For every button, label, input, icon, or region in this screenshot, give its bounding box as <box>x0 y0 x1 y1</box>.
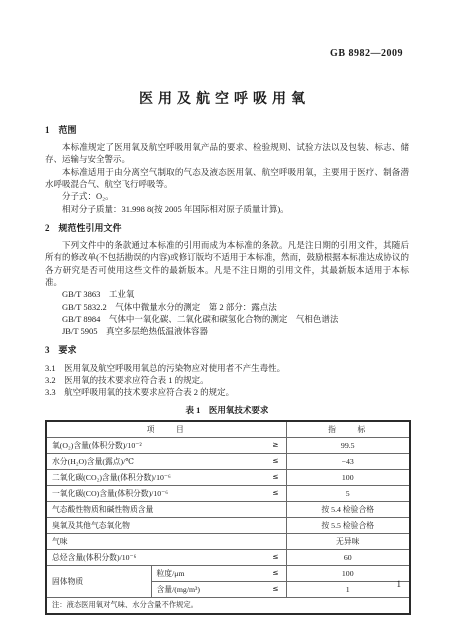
table-row: 总烃含量(体积分数)/10⁻⁶ ≤ 60 <box>46 550 410 566</box>
table-note: 注：液态医用氧对气味、水分含量不作规定。 <box>46 598 410 614</box>
standard-number: GB 8982—2009 <box>330 48 403 59</box>
column-header-item: 项 目 <box>46 421 286 438</box>
spec-value: 1 <box>286 582 410 598</box>
spec-value: 100 <box>286 566 410 582</box>
item-label: 气态酸性物质和碱性物质含量 <box>52 504 153 515</box>
table-note-row: 注：液态医用氧对气味、水分含量不作规定。 <box>46 598 410 614</box>
comparison-symbol: ≤ <box>272 568 280 579</box>
clause-3-1: 3.1 医用氧及航空呼吸用氧总的污染物应对使用者不产生毒性。 <box>45 362 409 374</box>
normative-reference: GB/T 5832.2 气体中微量水分的测定 第 2 部分：露点法 <box>45 301 409 313</box>
group-label: 固体物质 <box>46 566 151 598</box>
comparison-symbol: ≥ <box>272 440 280 451</box>
table-row: 二氧化碳(CO₂)含量(体积分数)/10⁻⁶ ≤ 100 <box>46 470 410 486</box>
section-1-heading: 1 范围 <box>45 124 409 137</box>
table-row: 气态酸性物质和碱性物质含量 按 5.4 检验合格 <box>46 502 410 518</box>
table-row: 一氧化碳(CO)含量(体积分数)/10⁻⁶ ≤ 5 <box>46 486 410 502</box>
item-label: 一氧化碳(CO)含量(体积分数)/10⁻⁶ <box>52 488 168 499</box>
comparison-symbol: ≤ <box>272 456 280 467</box>
sub-item-label: 含量/(mg/m³) <box>157 584 200 595</box>
table-row: 臭氧及其他气态氧化物 按 5.5 检验合格 <box>46 518 410 534</box>
table-row: 气味 无异味 <box>46 534 410 550</box>
spec-value: 无异味 <box>286 534 410 550</box>
section-3-heading: 3 要求 <box>45 344 409 357</box>
spec-value: 按 5.5 检验合格 <box>286 518 410 534</box>
item-label: 臭氧及其他气态氧化物 <box>52 520 130 531</box>
document-page: GB 8982—2009 医用及航空呼吸用氧 1 范围 本标准规定了医用氧及航空… <box>0 0 449 621</box>
table-1-medical-oxygen-requirements: 项 目 指 标 氧(O₂)含量(体积分数)/10⁻² ≥ 99.5 水分(H₂O… <box>45 420 411 615</box>
spec-value: −43 <box>286 454 410 470</box>
section-1-paragraph: 本标准规定了医用氧及航空呼吸用氧产品的要求、检验规则、试验方法以及包装、标志、储… <box>45 141 409 166</box>
clause-3-3: 3.3 航空呼吸用氧的技术要求应符合表 2 的规定。 <box>45 386 409 398</box>
comparison-symbol: ≤ <box>272 472 280 483</box>
comparison-symbol: ≤ <box>272 552 280 563</box>
comparison-symbol: ≤ <box>272 584 280 595</box>
clause-3-2: 3.2 医用氧的技术要求应符合表 1 的规定。 <box>45 374 409 386</box>
spec-value: 5 <box>286 486 410 502</box>
table-row: 水分(H₂O)含量(露点)/℃ ≤ −43 <box>46 454 410 470</box>
normative-reference: GB/T 3863 工业氧 <box>45 288 409 300</box>
sub-item-label: 粒度/μm <box>157 568 185 579</box>
comparison-symbol: ≤ <box>272 488 280 499</box>
item-label: 二氧化碳(CO₂)含量(体积分数)/10⁻⁶ <box>52 472 171 483</box>
section-2-heading: 2 规范性引用文件 <box>45 222 409 235</box>
section-2-paragraph: 下列文件中的条款通过本标准的引用而成为本标准的条款。凡是注日期的引用文件，其随后… <box>45 239 409 288</box>
spec-value: 60 <box>286 550 410 566</box>
table-row: 氧(O₂)含量(体积分数)/10⁻² ≥ 99.5 <box>46 438 410 454</box>
spec-value: 100 <box>286 470 410 486</box>
normative-reference: JB/T 5905 真空多层绝热低温液体容器 <box>45 325 409 337</box>
item-label: 水分(H₂O)含量(露点)/℃ <box>52 456 134 467</box>
normative-reference: GB/T 8984 气体中一氧化碳、二氧化碳和碳氢化合物的测定 气相色谱法 <box>45 313 409 325</box>
item-label: 总烃含量(体积分数)/10⁻⁶ <box>52 552 136 563</box>
section-1-paragraph: 本标准适用于由分离空气制取的气态及液态医用氧、航空呼吸用氧，主要用于医疗、制备潜… <box>45 166 409 191</box>
table-row-solid-matter: 固体物质 粒度/μm ≤ 100 <box>46 566 410 582</box>
molecular-weight: 相对分子质量：31.998 8(按 2005 年国际相对原子质量计算)。 <box>45 203 409 215</box>
table-1-caption: 表 1 医用氧技术要求 <box>45 404 409 416</box>
item-label: 气味 <box>52 536 68 547</box>
spec-value: 99.5 <box>286 438 410 454</box>
table-header-row: 项 目 指 标 <box>46 421 410 438</box>
page-content: 1 范围 本标准规定了医用氧及航空呼吸用氧产品的要求、检验规则、试验方法以及包装… <box>45 124 409 615</box>
page-number: 1 <box>397 579 402 589</box>
molecular-formula: 分子式：O₂。 <box>45 190 409 202</box>
document-title: 医用及航空呼吸用氧 <box>0 88 449 108</box>
spec-value: 按 5.4 检验合格 <box>286 502 410 518</box>
item-label: 氧(O₂)含量(体积分数)/10⁻² <box>52 440 142 451</box>
column-header-spec: 指 标 <box>286 421 410 438</box>
